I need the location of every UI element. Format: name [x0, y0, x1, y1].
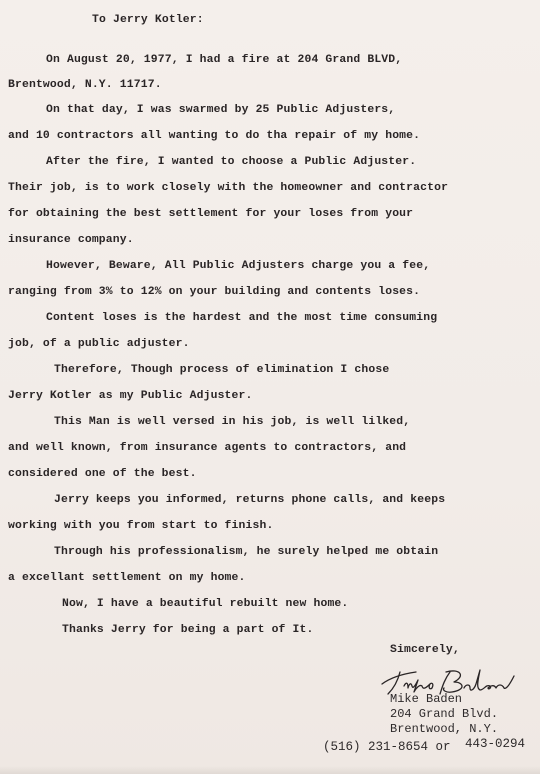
letter-line: Therefore, Though process of elimination… — [54, 363, 389, 377]
letter-line: ranging from 3% to 12% on your building … — [8, 285, 420, 299]
letter-line: Brentwood, N.Y. 11717. — [8, 78, 162, 92]
letter-line: considered one of the best. — [8, 467, 197, 481]
letter-line: Their job, is to work closely with the h… — [8, 181, 448, 195]
letter-line: Content loses is the hardest and the mos… — [46, 311, 437, 325]
letter-line: Jerry keeps you informed, returns phone … — [54, 493, 445, 507]
letter-line: and 10 contractors all wanting to do tha… — [8, 129, 420, 143]
letter-line: insurance company. — [8, 233, 134, 247]
letter-line: and well known, from insurance agents to… — [8, 441, 406, 455]
letter-line: job, of a public adjuster. — [8, 337, 190, 351]
letter-line: On August 20, 1977, I had a fire at 204 … — [46, 53, 402, 67]
letter-line: for obtaining the best settlement for yo… — [8, 207, 413, 221]
sender-phone-alt: 443-0294 — [465, 737, 525, 751]
salutation: To Jerry Kotler: — [92, 13, 204, 27]
paper-bottom-edge — [0, 766, 540, 774]
sender-address-line-2: Brentwood, N.Y. — [390, 722, 498, 736]
letter-page: To Jerry Kotler: On August 20, 1977, I h… — [0, 0, 540, 774]
letter-line: Thanks Jerry for being a part of It. — [62, 623, 313, 637]
letter-line: However, Beware, All Public Adjusters ch… — [46, 259, 430, 273]
sender-phone: (516) 231-8654 or — [323, 740, 451, 754]
letter-line: a excellant settlement on my home. — [8, 571, 246, 585]
letter-line: After the fire, I wanted to choose a Pub… — [46, 155, 416, 169]
letter-line: Now, I have a beautiful rebuilt new home… — [62, 597, 348, 611]
letter-line: Through his professionalism, he surely h… — [54, 545, 438, 559]
closing: Simcerely, — [390, 643, 460, 657]
sender-address-line-1: 204 Grand Blvd. — [390, 707, 498, 721]
letter-line: working with you from start to finish. — [8, 519, 273, 533]
letter-line: Jerry Kotler as my Public Adjuster. — [8, 389, 253, 403]
letter-line: On that day, I was swarmed by 25 Public … — [46, 103, 395, 117]
letter-line: This Man is well versed in his job, is w… — [54, 415, 410, 429]
sender-name: Mike Baden — [390, 692, 462, 706]
